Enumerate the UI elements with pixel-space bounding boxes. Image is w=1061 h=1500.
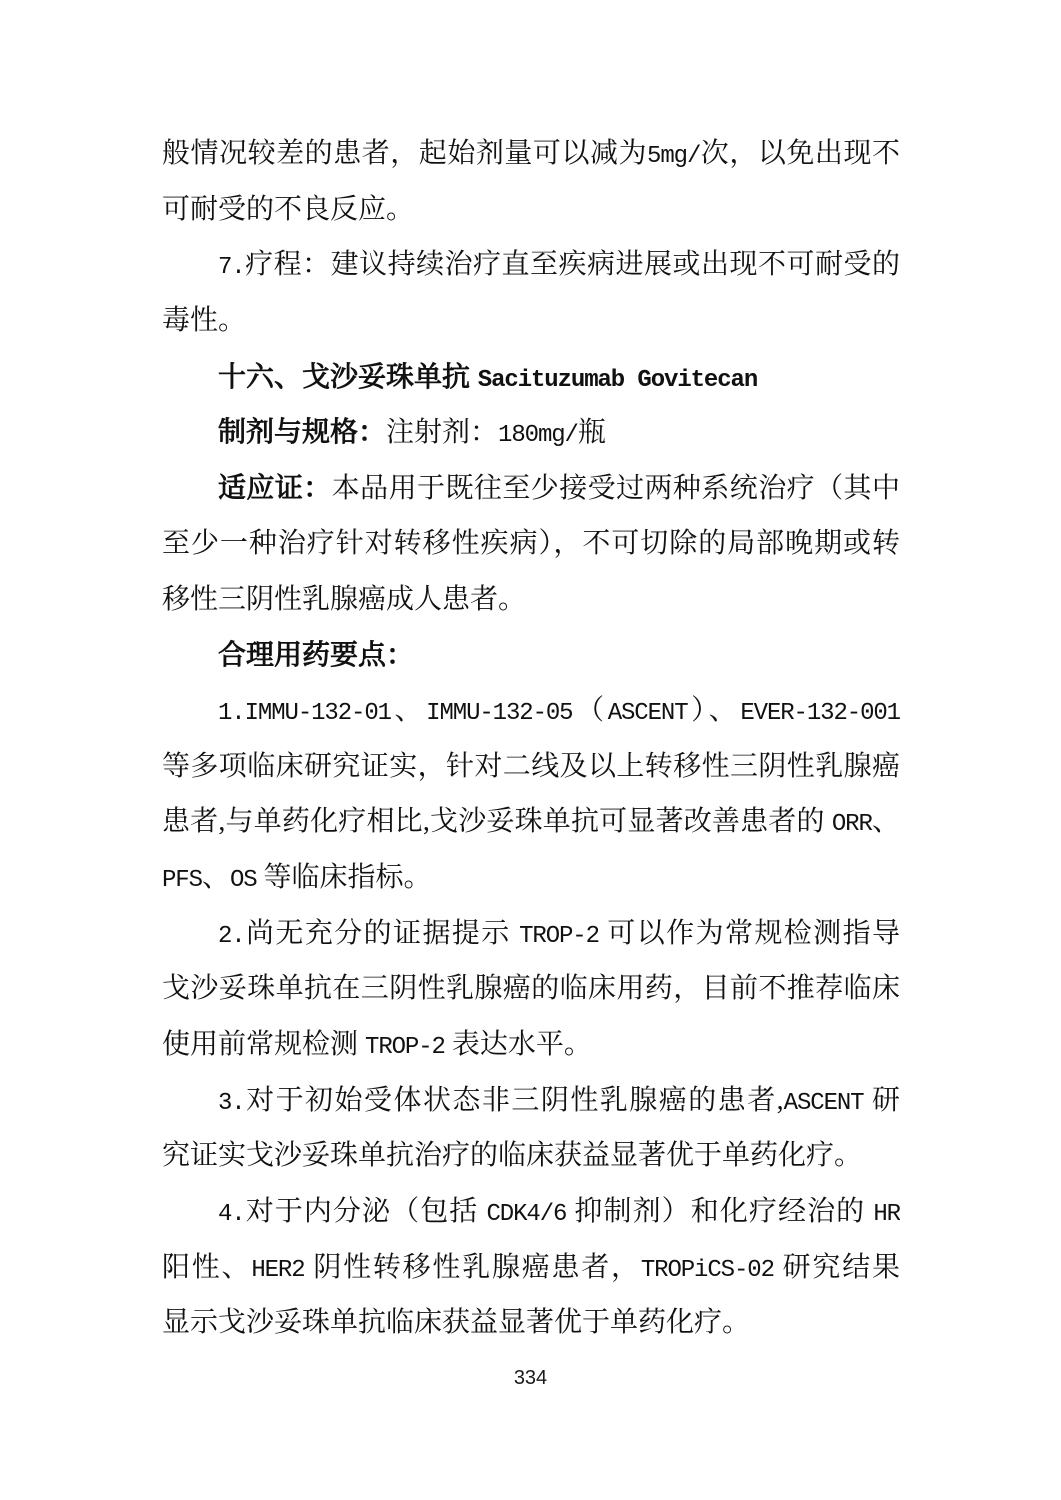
text-segment: 、 xyxy=(391,695,426,726)
text-segment: 阴性转移性乳腺癌患者， xyxy=(305,1252,641,1283)
text-line: 患者,与单药化疗相比,戈沙妥珠单抗可显著改善患者的 ORR、 xyxy=(162,794,900,850)
latin-text-segment: ASCENT xyxy=(608,700,688,727)
bold-text-segment: 适应证： xyxy=(218,472,332,503)
text-line: 2.尚无充分的证据提示 TROP-2 可以作为常规检测指导 xyxy=(162,906,900,962)
latin-text-segment: CDK4/6 xyxy=(486,1201,566,1228)
text-segment: 使用前常规检测 xyxy=(162,1029,365,1060)
text-segment: 般情况较差的患者，起始剂量可以减为 xyxy=(162,138,647,169)
text-line: 显示戈沙妥珠单抗临床获益显著优于单药化疗。 xyxy=(162,1295,900,1351)
text-segment: 究证实戈沙妥珠单抗治疗的临床获益显著优于单药化疗。 xyxy=(162,1140,862,1171)
text-segment: 、 xyxy=(202,862,230,893)
text-line: 4.对于内分泌（包括 CDK4/6 抑制剂）和化疗经治的 HR xyxy=(162,1184,900,1240)
latin-text-segment: 5mg/ xyxy=(647,143,700,170)
latin-text-segment: EVER-132-001 xyxy=(740,700,900,727)
text-segment: 对于内分泌（包括 xyxy=(245,1196,487,1227)
text-segment: 、 xyxy=(872,806,900,837)
text-segment: 可耐受的不良反应。 xyxy=(162,194,414,225)
text-segment: 至少一种治疗针对转移性疾病），不可切除的局部晚期或转 xyxy=(162,528,900,559)
text-line: 般情况较差的患者，起始剂量可以减为5mg/次，以免出现不 xyxy=(162,126,900,182)
text-line: 毒性。 xyxy=(162,293,900,349)
text-line: 7.疗程：建议持续治疗直至疾病进展或出现不可耐受的 xyxy=(162,237,900,293)
page-number: 334 xyxy=(0,1364,1061,1392)
text-segment: 尚无充分的证据提示 xyxy=(245,918,519,949)
text-line: 至少一种治疗针对转移性疾病），不可切除的局部晚期或转 xyxy=(162,516,900,572)
text-segment: 抑制剂）和化疗经治的 xyxy=(566,1196,873,1227)
text-segment: 对于初始受体状态非三阴性乳腺癌的患者, xyxy=(245,1085,784,1116)
latin-text-segment: HER2 xyxy=(251,1257,304,1284)
text-line: 等多项临床研究证实，针对二线及以上转移性三阴性乳腺癌 xyxy=(162,739,900,795)
latin-text-segment: 3. xyxy=(218,1090,245,1117)
latin-text-segment: ORR xyxy=(832,811,872,838)
text-segment: 等临床指标。 xyxy=(257,862,432,893)
text-segment: 阳性、 xyxy=(162,1252,251,1283)
document-page: 般情况较差的患者，起始剂量可以减为5mg/次，以免出现不 可耐受的不良反应。 7… xyxy=(0,0,1061,1500)
text-line: PFS、OS 等临床指标。 xyxy=(162,850,900,906)
latin-text-segment: 1.IMMU-132-01 xyxy=(218,700,391,727)
latin-text-segment: OS xyxy=(230,867,257,894)
latin-text-segment: 180mg/ xyxy=(498,422,578,449)
latin-text-segment: TROP-2 xyxy=(365,1034,445,1061)
section-heading: 十六、戈沙妥珠单抗 Sacituzumab Govitecan xyxy=(162,349,900,405)
text-segment: 研 xyxy=(864,1085,900,1116)
bold-text-segment: 合理用药要点： xyxy=(218,639,414,670)
text-segment: 毒性。 xyxy=(162,305,246,336)
text-segment: 戈沙妥珠单抗在三阴性乳腺癌的临床用药，目前不推荐临床 xyxy=(162,973,900,1004)
latin-text-segment: 7. xyxy=(218,254,245,281)
text-line: 戈沙妥珠单抗在三阴性乳腺癌的临床用药，目前不推荐临床 xyxy=(162,961,900,1017)
text-segment: （ xyxy=(572,695,607,726)
text-line: 3.对于初始受体状态非三阴性乳腺癌的患者,ASCENT 研 xyxy=(162,1073,900,1129)
latin-text-segment: PFS xyxy=(162,867,202,894)
latin-text-segment: 4. xyxy=(218,1201,245,1228)
text-segment: 显示戈沙妥珠单抗临床获益显著优于单药化疗。 xyxy=(162,1307,750,1338)
bold-text-segment: 制剂与规格： xyxy=(218,416,386,447)
subsection-heading: 合理用药要点： xyxy=(162,627,900,683)
text-line: 阳性、HER2 阴性转移性乳腺癌患者，TROPiCS-02 研究结果 xyxy=(162,1240,900,1296)
text-line: 使用前常规检测 TROP-2 表达水平。 xyxy=(162,1017,900,1073)
latin-text-segment: ASCENT xyxy=(784,1090,864,1117)
latin-text-segment: TROP-2 xyxy=(519,923,599,950)
latin-text-segment: 2. xyxy=(218,923,245,950)
text-segment: 移性三阴性乳腺癌成人患者。 xyxy=(162,584,526,615)
text-segment: 研究结果 xyxy=(774,1252,900,1283)
text-segment: 患者,与单药化疗相比,戈沙妥珠单抗可显著改善患者的 xyxy=(162,806,832,837)
text-segment: 次，以免出现不 xyxy=(700,138,900,169)
text-segment: 表达水平。 xyxy=(445,1029,592,1060)
text-line: 移性三阴性乳腺癌成人患者。 xyxy=(162,572,900,628)
document-body: 般情况较差的患者，起始剂量可以减为5mg/次，以免出现不 可耐受的不良反应。 7… xyxy=(162,126,900,1351)
text-line: 1.IMMU-132-01、IMMU-132-05（ASCENT）、EVER-1… xyxy=(162,683,900,739)
text-segment: 本品用于既往至少接受过两种系统治疗（其中 xyxy=(332,473,900,504)
latin-text-segment: TROPiCS-02 xyxy=(641,1257,774,1284)
text-line: 究证实戈沙妥珠单抗治疗的临床获益显著优于单药化疗。 xyxy=(162,1128,900,1184)
indication-line: 适应证：本品用于既往至少接受过两种系统治疗（其中 xyxy=(162,460,900,516)
bold-text-segment: Sacituzumab Govitecan xyxy=(478,367,757,394)
text-segment: ）、 xyxy=(688,695,741,726)
latin-text-segment: IMMU-132-05 xyxy=(426,700,572,727)
text-line: 可耐受的不良反应。 xyxy=(162,182,900,238)
text-segment: 注射剂： xyxy=(386,417,498,448)
text-segment: 可以作为常规检测指导 xyxy=(599,918,900,949)
bold-text-segment: 十六、戈沙妥珠单抗 xyxy=(218,361,478,392)
text-segment: 疗程：建议持续治疗直至疾病进展或出现不可耐受的 xyxy=(245,249,900,280)
text-segment: 等多项临床研究证实，针对二线及以上转移性三阴性乳腺癌 xyxy=(162,751,900,782)
latin-text-segment: HR xyxy=(873,1201,900,1228)
spec-line: 制剂与规格：注射剂：180mg/瓶 xyxy=(162,404,900,460)
text-segment: 瓶 xyxy=(578,417,606,448)
